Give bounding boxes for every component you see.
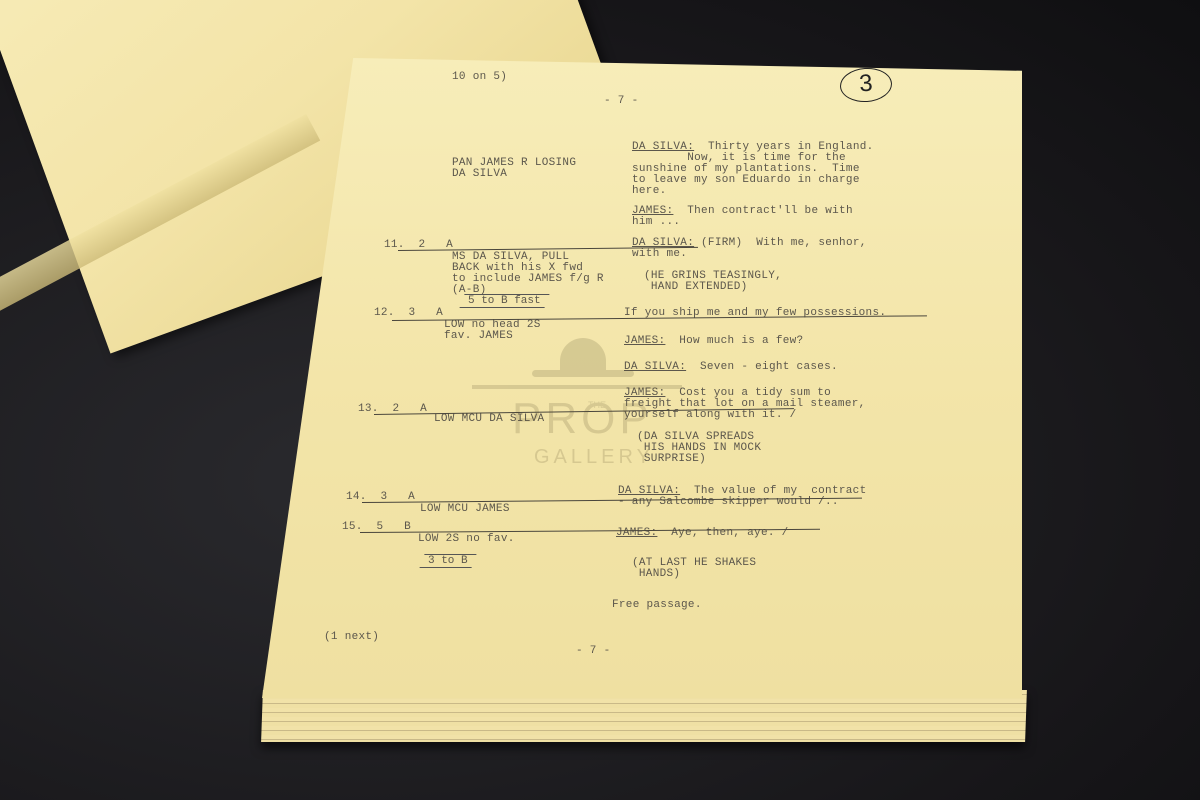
watermark-gallery: GALLERY (534, 446, 654, 469)
watermark-prop: PROP (512, 394, 653, 444)
stage-direction-4: Free passage. (612, 600, 702, 611)
circled-number: 3 (839, 66, 893, 104)
watermark-the: THE (588, 400, 606, 410)
shot-12: 12. 3 A (374, 308, 443, 319)
shot-11-cue: 5 to B fast (459, 294, 549, 308)
shot-direction-pan: PAN JAMES R LOSING DA SILVA (452, 158, 576, 180)
watermark-line (472, 385, 682, 389)
dialogue-1: DA SILVA: Thirty years in England. Now, … (632, 142, 874, 197)
page-number-bottom: - 7 - (576, 646, 611, 657)
shot-14-direction: LOW MCU JAMES (420, 504, 510, 515)
bowler-hat-icon (560, 338, 606, 374)
next-note: (1 next) (324, 632, 379, 643)
prop-gallery-watermark: PROP THE GALLERY (492, 338, 752, 488)
shot-15-direction: LOW 2S no fav. (418, 534, 515, 545)
stage-direction-3: (AT LAST HE SHAKES HANDS) (632, 558, 756, 580)
shot-15-cue: 3 to B (419, 554, 476, 568)
page-number-top: - 7 - (604, 96, 639, 107)
dialogue-3: DA SILVA: (FIRM) With me, senhor, with m… (632, 238, 867, 260)
corner-note: 10 on 5) (452, 72, 507, 83)
hat-brim (532, 370, 634, 377)
dialogue-2: JAMES: Then contract'll be with him ... (632, 206, 853, 228)
shot-11-direction: MS DA SILVA, PULL BACK with his X fwd to… (452, 252, 604, 296)
script-page: 10 on 5) - 7 - 3 DA SILVA: Thirty years … (262, 58, 1022, 698)
stage-direction-1: (HE GRINS TEASINGLY, HAND EXTENDED) (644, 271, 782, 293)
